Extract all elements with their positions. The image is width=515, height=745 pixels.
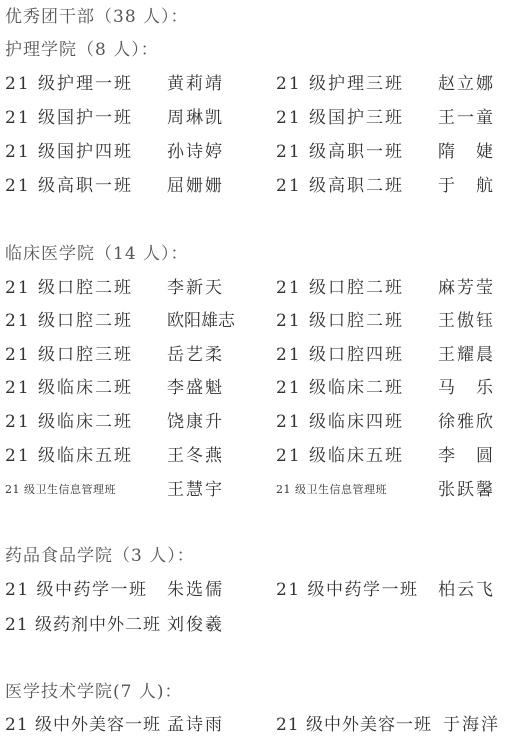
class-name: 21 级护理三班 <box>276 69 404 99</box>
class-name: 21 级卫生信息管理班 <box>276 475 387 505</box>
person-name: 饶康升 <box>167 407 224 437</box>
person-name: 刘俊羲 <box>167 610 224 640</box>
class-name: 21 级临床二班 <box>5 373 133 403</box>
person-name: 周琳凯 <box>167 103 224 133</box>
document-title: 优秀团干部（38 人）： <box>5 2 189 32</box>
class-name: 21 级中药学一班 <box>276 575 419 605</box>
class-name: 21 级中药学一班 <box>5 575 148 605</box>
class-name: 21 级卫生信息管理班 <box>5 475 116 505</box>
person-name: 王冬燕 <box>167 441 224 471</box>
person-name: 徐雅欣 <box>438 407 495 437</box>
person-name: 欧阳雄志 <box>167 306 235 336</box>
section-heading-medtech: 医学技术学院(7 人)： <box>5 677 182 707</box>
class-name: 21 级高职一班 <box>276 137 404 167</box>
class-name: 21 级国护四班 <box>5 137 133 167</box>
person-name: 于 航 <box>438 171 495 201</box>
person-name: 赵立娜 <box>438 69 495 99</box>
person-name: 王慧宇 <box>167 475 224 505</box>
person-name: 王耀晨 <box>438 340 495 370</box>
person-name: 于海洋 <box>443 710 500 740</box>
section-heading-nursing: 护理学院（8 人）： <box>5 35 159 65</box>
person-name: 岳艺柔 <box>167 340 224 370</box>
person-name: 张跃馨 <box>438 475 495 505</box>
person-name: 李 圆 <box>438 441 495 471</box>
class-name: 21 级口腔二班 <box>5 306 133 336</box>
person-name: 马 乐 <box>438 373 495 403</box>
class-name: 21 级临床二班 <box>5 407 133 437</box>
class-name: 21 级口腔二班 <box>276 273 404 303</box>
class-name: 21 级临床四班 <box>276 407 404 437</box>
class-name: 21 级口腔四班 <box>276 340 404 370</box>
class-name: 21 级高职一班 <box>5 171 133 201</box>
person-name: 李新天 <box>167 273 224 303</box>
person-name: 柏云飞 <box>438 575 495 605</box>
class-name: 21 级中外美容一班 <box>5 710 161 740</box>
person-name: 王一童 <box>438 103 495 133</box>
person-name: 孟诗雨 <box>167 710 224 740</box>
person-name: 李盛魁 <box>167 373 224 403</box>
person-name: 孙诗婷 <box>167 137 224 167</box>
class-name: 21 级药剂中外二班 <box>5 610 161 640</box>
class-name: 21 级国护三班 <box>276 103 404 133</box>
class-name: 21 级临床二班 <box>276 373 404 403</box>
person-name: 隋 婕 <box>438 137 495 167</box>
class-name: 21 级口腔二班 <box>276 306 404 336</box>
section-heading-pharmacy: 药品食品学院（3 人）： <box>5 541 195 571</box>
class-name: 21 级口腔三班 <box>5 340 133 370</box>
person-name: 屈姗姗 <box>167 171 224 201</box>
class-name: 21 级中外美容一班 <box>276 710 432 740</box>
class-name: 21 级国护一班 <box>5 103 133 133</box>
class-name: 21 级临床五班 <box>5 441 133 471</box>
person-name: 王傲钰 <box>438 306 495 336</box>
person-name: 麻芳莹 <box>438 273 495 303</box>
person-name: 黄莉靖 <box>167 69 224 99</box>
class-name: 21 级护理一班 <box>5 69 133 99</box>
section-heading-clinical: 临床医学院（14 人）： <box>5 239 189 269</box>
person-name: 朱选儒 <box>167 575 224 605</box>
class-name: 21 级口腔二班 <box>5 273 133 303</box>
class-name: 21 级高职二班 <box>276 171 404 201</box>
class-name: 21 级临床五班 <box>276 441 404 471</box>
